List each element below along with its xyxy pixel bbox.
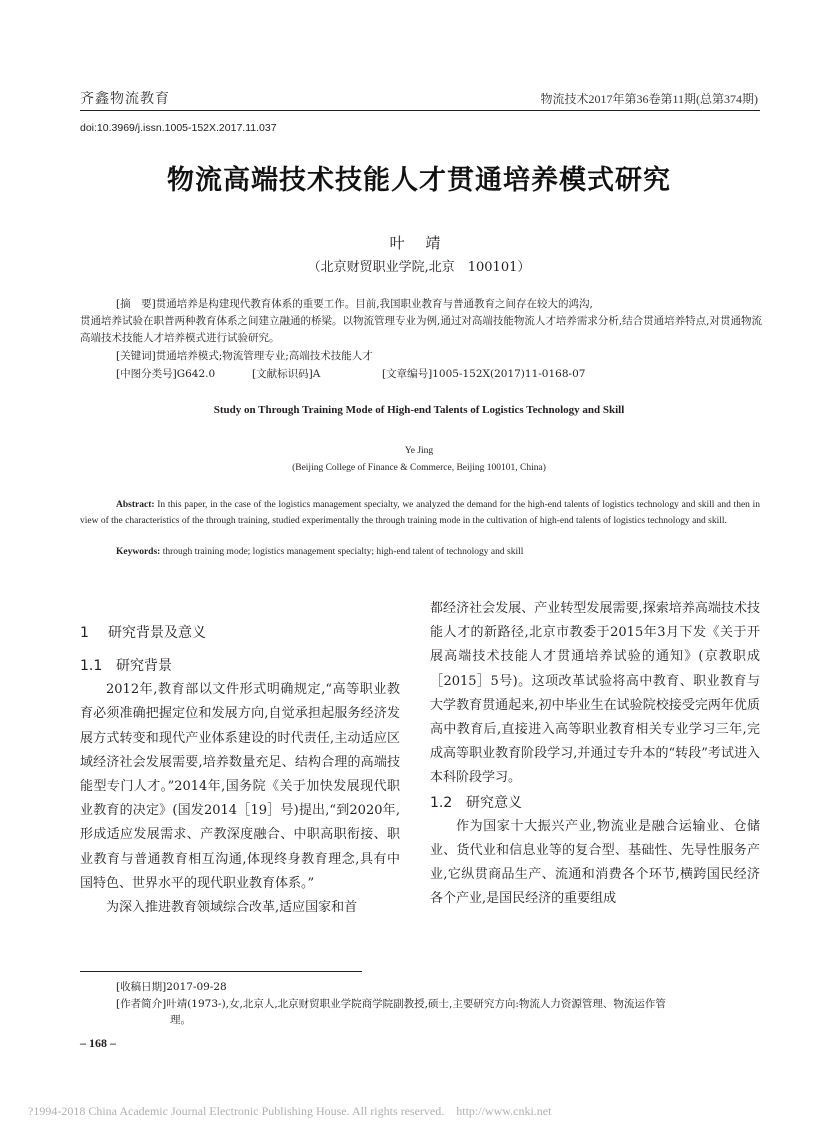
clc-value: G642.0 bbox=[177, 368, 215, 380]
doc-code-label: [文献标识码] bbox=[252, 366, 313, 381]
paragraph-significance: 作为国家十大振兴产业,物流业是融合运输业、仓储业、货代业和信息业等的复合型、基础… bbox=[430, 815, 760, 912]
chinese-abstract: [摘 要]贯通培养是构建现代教育体系的重要工作。目前,我国职业教育与普通教育之间… bbox=[116, 296, 764, 347]
keywords-text: 贯通培养模式;物流管理专业;高端技术技能人才 bbox=[156, 350, 373, 362]
received-label: [收稿日期] bbox=[116, 981, 166, 993]
author-name: 叶 靖 bbox=[0, 232, 838, 253]
doc-code-value: A bbox=[313, 368, 321, 380]
subsection-heading-1-2: 1.2研究意义 bbox=[430, 791, 760, 815]
abstract-text-rest: 贯通培养试验在职普两种教育体系之间建立融通的桥梁。以物流管理专业为例,通过对高端… bbox=[80, 313, 764, 347]
clc-field: [中图分类号]G642.0 bbox=[116, 366, 252, 381]
subsection-heading-1-1: 1.1研究背景 bbox=[80, 654, 400, 678]
issue-info-header: 物流技术2017年第36卷第11期(总第374期) bbox=[540, 90, 758, 107]
paragraph-background: 2012年,教育部以文件形式明确规定,“高等职业教育必须准确把握定位和发展方向,… bbox=[80, 678, 400, 896]
english-keywords: Keywords: through training mode; logisti… bbox=[116, 547, 523, 557]
journal-section-header: 齐鑫物流教育 bbox=[80, 88, 170, 108]
english-abstract-label: Abstract: bbox=[116, 500, 155, 510]
article-no-field: [文章编号]1005-152X(2017)11-0168-07 bbox=[382, 366, 585, 381]
bio-text-line2: 理。 bbox=[116, 1012, 766, 1028]
clc-label: [中图分类号] bbox=[116, 366, 177, 381]
classification-row: [中图分类号]G642.0[文献标识码]A[文章编号]1005-152X(201… bbox=[116, 366, 736, 381]
english-affiliation: (Beijing College of Finance & Commerce, … bbox=[0, 463, 838, 473]
subsection-title: 研究背景 bbox=[116, 658, 172, 674]
article-no-label: [文章编号] bbox=[382, 366, 432, 381]
keywords-label: [关键词] bbox=[116, 350, 156, 362]
paper-title: 物流高端技术技能人才贯通培养模式研究 bbox=[0, 158, 838, 197]
bio-text-line1: 叶靖(1973-),女,北京人,北京财贸职业学院商学院副教授,硕士,主要研究方向… bbox=[166, 998, 666, 1010]
english-keywords-label: Keywords: bbox=[116, 547, 160, 557]
footnote-author-bio: [作者简介]叶靖(1973-),女,北京人,北京财贸职业学院商学院副教授,硕士,… bbox=[116, 996, 766, 1028]
subsection-number: 1.1 bbox=[80, 654, 116, 678]
paragraph-reform-start: 为深入推进教育领域综合改革,适应国家和首 bbox=[80, 896, 400, 920]
author-affiliation: （北京财贸职业学院,北京 100101） bbox=[0, 256, 838, 275]
section-title: 研究背景及意义 bbox=[108, 625, 206, 641]
header-divider bbox=[80, 110, 760, 111]
english-abstract-text: In this paper, in the case of the logist… bbox=[80, 500, 760, 526]
right-column: 都经济社会发展、产业转型发展需要,探索培养高端技术技能人才的新路径,北京市教委于… bbox=[430, 597, 760, 912]
footnote-divider bbox=[80, 971, 362, 972]
abstract-label: [摘 要] bbox=[116, 298, 156, 310]
chinese-keywords: [关键词]贯通培养模式;物流管理专业;高端技术技能人才 bbox=[116, 348, 373, 363]
received-date: 2017-09-28 bbox=[166, 981, 227, 993]
section-heading-1: 1研究背景及意义 bbox=[80, 622, 206, 642]
english-abstract: Abstract: In this paper, in the case of … bbox=[80, 497, 760, 529]
english-keywords-text: through training mode; logistics managem… bbox=[163, 547, 524, 557]
copyright-notice: ?1994-2018 China Academic Journal Electr… bbox=[28, 1104, 551, 1119]
footnote-received: [收稿日期]2017-09-28 bbox=[116, 979, 227, 995]
article-no-value: 1005-152X(2017)11-0168-07 bbox=[432, 368, 585, 380]
subsection-number: 1.2 bbox=[430, 791, 466, 815]
bio-label: [作者简介] bbox=[116, 998, 166, 1010]
english-author: Ye Jing bbox=[0, 446, 838, 456]
paragraph-reform-continued: 都经济社会发展、产业转型发展需要,探索培养高端技术技能人才的新路径,北京市教委于… bbox=[430, 597, 760, 791]
section-number: 1 bbox=[80, 625, 108, 641]
page-number: – 168 – bbox=[80, 1036, 116, 1051]
english-title: Study on Through Training Mode of High-e… bbox=[0, 404, 838, 416]
abstract-text-line1: 贯通培养是构建现代教育体系的重要工作。目前,我国职业教育与普通教育之间存在较大的… bbox=[156, 298, 593, 310]
doc-code-field: [文献标识码]A bbox=[252, 366, 382, 381]
left-column: 1.1研究背景 2012年,教育部以文件形式明确规定,“高等职业教育必须准确把握… bbox=[80, 654, 400, 920]
doi: doi:10.3969/j.issn.1005-152X.2017.11.037 bbox=[80, 122, 277, 134]
subsection-title: 研究意义 bbox=[466, 795, 522, 811]
